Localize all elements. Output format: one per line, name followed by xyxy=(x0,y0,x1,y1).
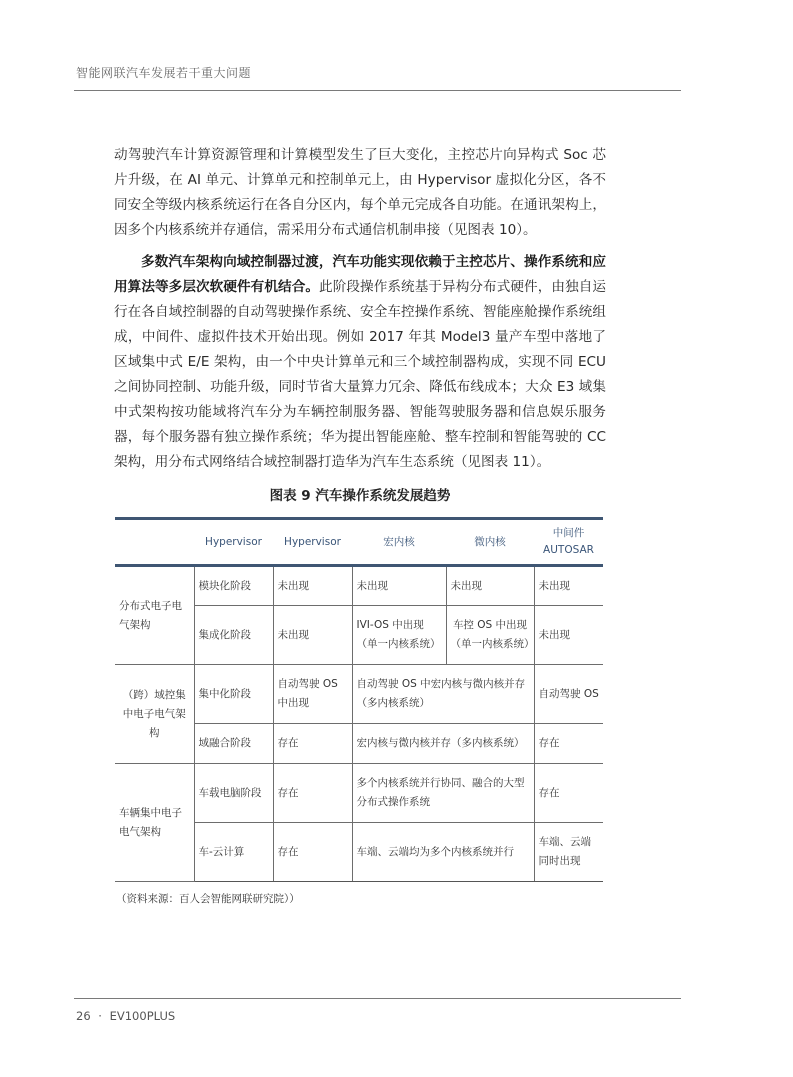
stage-cell: 车-云计算 xyxy=(194,823,273,882)
table-cell-merged: 车端、云端均为多个内核系统并行 xyxy=(352,823,534,882)
body-paragraph-2: 多数汽车架构向域控制器过渡，汽车功能实现依赖于主控芯片、操作系统和应用算法等多层… xyxy=(114,250,606,475)
table-cell: 存在 xyxy=(534,724,603,764)
table-row: （跨）域控集中电子电气架构 集中化阶段 自动驾驶 OS 中出现 自动驾驶 OS … xyxy=(115,665,603,724)
header-autosar-label: AUTOSAR xyxy=(543,544,594,556)
table-cell: 存在 xyxy=(273,764,352,823)
table-row: 车辆集中电子电气架构 车载电脑阶段 存在 多个内核系统并行协同、融合的大型分布式… xyxy=(115,764,603,823)
footer-separator: · xyxy=(98,1009,102,1023)
table-row: 分布式电子电气架构 模块化阶段 未出现 未出现 未出现 未出现 xyxy=(115,566,603,606)
header-stage-hypervisor: Hypervisor xyxy=(194,519,273,566)
table-cell: 未出现 xyxy=(446,566,534,606)
architecture-cell: 车辆集中电子电气架构 xyxy=(115,764,194,882)
table-cell: 自动驾驶 OS 中出现 xyxy=(273,665,352,724)
table-cell: 未出现 xyxy=(273,606,352,665)
table-cell: 存在 xyxy=(534,764,603,823)
architecture-cell: （跨）域控集中电子电气架构 xyxy=(115,665,194,764)
paragraph-2-body: 此阶段操作系统基于异构分布式硬件，由独自运行在各自域控制器的自动驾驶操作系统、安… xyxy=(114,279,606,470)
table-cell-merged: 多个内核系统并行协同、融合的大型分布式操作系统 xyxy=(352,764,534,823)
table-cell: 未出现 xyxy=(273,566,352,606)
footer-divider xyxy=(74,998,681,999)
figure-title: 图表 9 汽车操作系统发展趋势 xyxy=(114,484,606,504)
header-hypervisor: Hypervisor xyxy=(273,519,352,566)
page-footer: 26 · EV100PLUS xyxy=(76,1009,175,1023)
table-cell-merged: 自动驾驶 OS 中宏内核与微内核并存（多内核系统） xyxy=(352,665,534,724)
table-cell: 存在 xyxy=(273,724,352,764)
header-micro-kernel: 微内核 xyxy=(446,519,534,566)
header-divider xyxy=(74,90,681,91)
footer-brand: EV100PLUS xyxy=(110,1009,176,1023)
page-number: 26 xyxy=(76,1009,91,1023)
table-cell: 存在 xyxy=(273,823,352,882)
table-cell: 未出现 xyxy=(534,606,603,665)
header-middleware-label: 中间件 xyxy=(553,527,585,539)
stage-cell: 集成化阶段 xyxy=(194,606,273,665)
table-cell: 未出现 xyxy=(352,566,446,606)
body-paragraph-1: 动驾驶汽车计算资源管理和计算模型发生了巨大变化，主控芯片向异构式 Soc 芯片升… xyxy=(114,143,606,243)
table-cell: 未出现 xyxy=(534,566,603,606)
architecture-cell: 分布式电子电气架构 xyxy=(115,566,194,665)
stage-cell: 域融合阶段 xyxy=(194,724,273,764)
stage-cell: 模块化阶段 xyxy=(194,566,273,606)
table-cell: 车端、云端同时出现 xyxy=(534,823,603,882)
stage-cell: 车载电脑阶段 xyxy=(194,764,273,823)
header-architecture xyxy=(115,519,194,566)
header-middleware-autosar: 中间件AUTOSAR xyxy=(534,519,603,566)
os-trend-table: Hypervisor Hypervisor 宏内核 微内核 中间件AUTOSAR… xyxy=(115,517,603,882)
table-cell: 自动驾驶 OS xyxy=(534,665,603,724)
table-cell-merged: 宏内核与微内核并存（多内核系统） xyxy=(352,724,534,764)
table-cell: IVI-OS 中出现（单一内核系统） xyxy=(352,606,446,665)
stage-cell: 集中化阶段 xyxy=(194,665,273,724)
table-header-row: Hypervisor Hypervisor 宏内核 微内核 中间件AUTOSAR xyxy=(115,519,603,566)
table-source-note: （资料来源：百人会智能网联研究院）） xyxy=(116,891,300,906)
header-macro-kernel: 宏内核 xyxy=(352,519,446,566)
table-cell: 车控 OS 中出现（单一内核系统） xyxy=(446,606,534,665)
running-header-title: 智能网联汽车发展若干重大问题 xyxy=(76,64,251,81)
